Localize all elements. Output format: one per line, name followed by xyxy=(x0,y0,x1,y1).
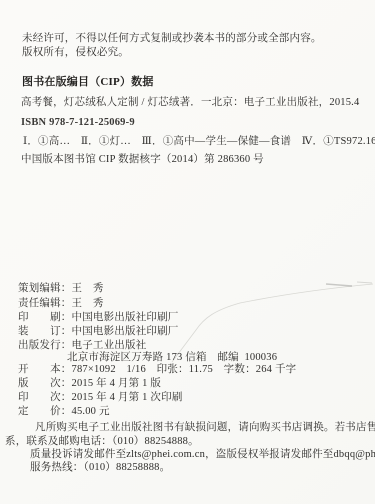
edition-row: 版 次：2015 年 4 月第 1 版 xyxy=(18,378,161,390)
copyright-page: 未经许可，不得以任何方式复制或抄袭本书的部分或全部内容。 版权所有，侵权必究。 … xyxy=(0,0,375,504)
purchase-notice-line-2: 系，联系及邮购电话：（010）88254888。 xyxy=(5,436,199,448)
publisher-row: 出版发行：电子工业出版社 xyxy=(18,340,146,352)
cip-record-number-line: 中国版本图书馆 CIP 数据核字（2014）第 286360 号 xyxy=(21,154,264,166)
isbn-line: ISBN 978-7-121-25069-9 xyxy=(21,117,135,129)
cip-heading: 图书在版编目（CIP）数据 xyxy=(22,76,154,88)
complaint-email-line: 质量投诉请发邮件至zlts@phei.com.cn，盗版侵权举报请发邮件至dbq… xyxy=(30,449,375,461)
planning-editor-row: 策划编辑：王 秀 xyxy=(18,283,104,295)
format-row: 开 本：787×1092 1/16 印张：11.75 字数：264 千字 xyxy=(18,364,296,376)
publisher-address-row: 北京市海淀区万寿路 173 信箱 邮编 100036 xyxy=(67,352,277,364)
rights-reserved-line: 版权所有，侵权必究。 xyxy=(22,47,129,59)
permission-notice-line: 未经许可，不得以任何方式复制或抄袭本书的部分或全部内容。 xyxy=(22,33,322,45)
printing-run-row: 印 次：2015 年 4 月第 1 次印刷 xyxy=(18,392,183,404)
printer-row: 印 刷：中国电影出版社印刷厂 xyxy=(18,312,179,324)
cip-classification-line: Ⅰ．①高… Ⅱ．①灯… Ⅲ．①高中—学生—保健—食谱 Ⅳ．①TS972.161 xyxy=(23,136,375,148)
binding-row: 装 订：中国电影出版社印刷厂 xyxy=(18,326,179,338)
responsible-editor-row: 责任编辑：王 秀 xyxy=(18,298,104,310)
price-row: 定 价：45.00 元 xyxy=(18,406,110,418)
purchase-notice-line-1: 凡所购买电子工业出版社图书有缺损问题，请向购买书店调换。若书店售缺，请与本社发行… xyxy=(35,422,375,434)
service-hotline-line: 服务热线：（010）88258888。 xyxy=(30,462,170,474)
cip-title-line: 高考餐，灯芯绒私人定制 / 灯芯绒著．一北京：电子工业出版社，2015.4 xyxy=(21,97,359,109)
